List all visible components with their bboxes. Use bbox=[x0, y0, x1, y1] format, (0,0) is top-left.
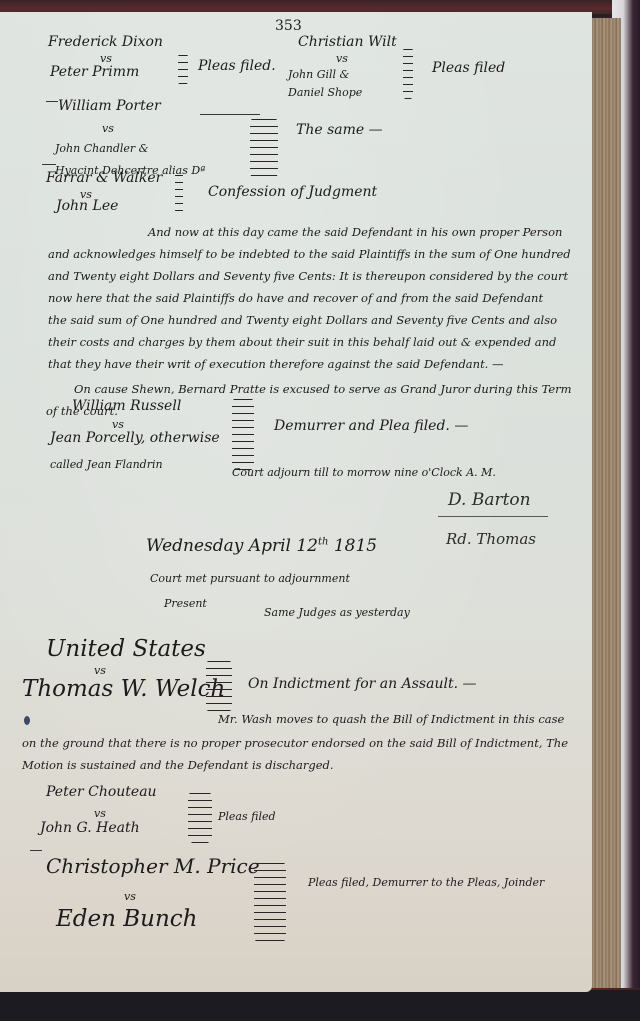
plaintiff-name: Frederick Dixon bbox=[48, 34, 163, 50]
case-action: Confession of Judgment bbox=[208, 184, 377, 200]
separator bbox=[30, 850, 42, 851]
book-cover-bottom bbox=[0, 990, 640, 1021]
versus-label: vs bbox=[124, 890, 136, 903]
plaintiff-name: Farrar & Walker bbox=[46, 170, 162, 186]
session-date-year: 1815 bbox=[334, 536, 377, 556]
judgment-text-line: and acknowledges himself to be indebted … bbox=[48, 247, 571, 261]
case-action: On Indictment for an Assault. — bbox=[248, 676, 476, 692]
case-brace bbox=[175, 172, 183, 214]
plaintiff-name: William Russell bbox=[72, 398, 181, 414]
case-action: Pleas filed bbox=[218, 810, 276, 823]
case-brace bbox=[403, 46, 413, 100]
juror-note-line: On cause Shewn, Bernard Pratte is excuse… bbox=[74, 382, 572, 396]
case-brace bbox=[254, 860, 286, 944]
defendant-name: John G. Heath bbox=[40, 820, 140, 836]
motion-text-line: Mr. Wash moves to quash the Bill of Indi… bbox=[218, 712, 564, 726]
versus-label: vs bbox=[94, 807, 106, 820]
plaintiff-name: Christopher M. Price bbox=[46, 854, 260, 878]
judgment-text-line: now here that the said Plaintiffs do hav… bbox=[48, 291, 543, 305]
judgment-text-line: that they have their writ of execution t… bbox=[48, 357, 504, 371]
case-action: Pleas filed bbox=[432, 60, 505, 76]
defendant-name: Thomas W. Welch bbox=[22, 676, 225, 702]
case-brace bbox=[178, 52, 188, 86]
case-brace bbox=[206, 658, 232, 714]
motion-text-line: on the ground that there is no proper pr… bbox=[22, 736, 568, 750]
session-convened: Court met pursuant to adjournment bbox=[150, 572, 350, 585]
separator bbox=[42, 164, 56, 165]
judge-signature: Rd. Thomas bbox=[446, 530, 536, 548]
session-date: Wednesday April 12th 1815 bbox=[146, 536, 377, 556]
motion-text-line: Motion is sustained and the Defendant is… bbox=[22, 758, 334, 772]
separator bbox=[46, 101, 58, 102]
versus-label: vs bbox=[336, 52, 348, 65]
present-label: Present bbox=[164, 597, 207, 610]
defendant-name: John Chandler & bbox=[55, 142, 148, 155]
ledger-page: 353 Frederick Dixon vs Peter Primm Pleas… bbox=[0, 12, 592, 992]
defendant-name: Eden Bunch bbox=[56, 906, 197, 932]
present-value: Same Judges as yesterday bbox=[264, 606, 410, 619]
case-brace bbox=[232, 396, 254, 472]
case-brace bbox=[188, 790, 212, 844]
plaintiff-name: United States bbox=[46, 636, 206, 662]
judgment-text-line: and Twenty eight Dollars and Seventy fiv… bbox=[48, 269, 568, 283]
plaintiff-name: William Porter bbox=[58, 98, 161, 114]
ink-blot bbox=[24, 716, 30, 725]
plaintiff-name: Peter Chouteau bbox=[46, 784, 157, 800]
session-date-suffix: th bbox=[318, 536, 328, 547]
plaintiff-name: Christian Wilt bbox=[298, 34, 397, 50]
case-action: Demurrer and Plea filed. — bbox=[274, 418, 468, 434]
case-brace bbox=[250, 116, 278, 180]
judgment-text-line: their costs and charges by them about th… bbox=[48, 335, 556, 349]
defendant-name: Daniel Shope bbox=[288, 86, 362, 99]
adjournment-note: Court adjourn till to morrow nine o'Cloc… bbox=[232, 466, 496, 479]
signature-flourish bbox=[438, 516, 548, 517]
page-number: 353 bbox=[275, 18, 302, 34]
judge-signature: D. Barton bbox=[448, 490, 531, 510]
defendant-name: Peter Primm bbox=[50, 64, 139, 80]
judgment-text-line: the said sum of One hundred and Twenty e… bbox=[48, 313, 557, 327]
defendant-name: John Gill & bbox=[288, 68, 349, 81]
defendant-name: called Jean Flandrin bbox=[50, 458, 163, 471]
case-action: Pleas filed. bbox=[198, 58, 276, 74]
versus-label: vs bbox=[102, 122, 114, 135]
separator bbox=[200, 114, 260, 115]
session-date-day: Wednesday April 12 bbox=[146, 536, 318, 556]
defendant-name: John Lee bbox=[56, 198, 118, 214]
judgment-text-line: And now at this day came the said Defend… bbox=[148, 225, 562, 239]
case-action: Pleas filed, Demurrer to the Pleas, Join… bbox=[308, 876, 544, 889]
case-action: The same — bbox=[296, 122, 383, 138]
defendant-name: Jean Porcelly, otherwise bbox=[50, 430, 220, 446]
